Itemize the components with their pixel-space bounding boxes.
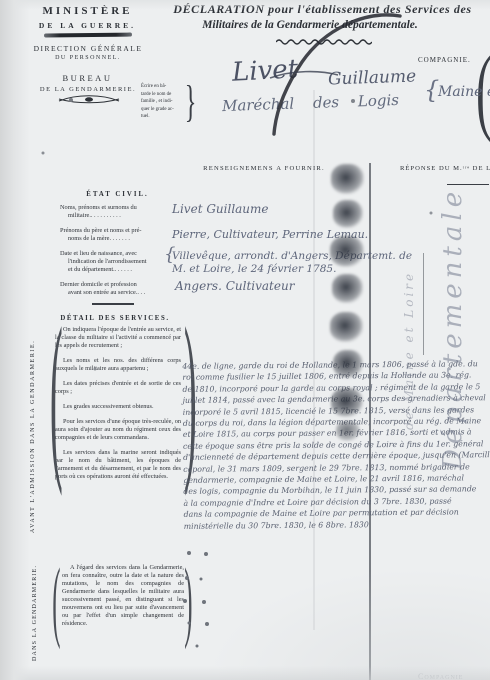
bleedthrough-stroke	[423, 253, 424, 355]
gendarmerie-block-close-paren: )	[184, 556, 192, 646]
service-instruction: Les grades successivement obtenus.	[55, 403, 181, 411]
scanned-declaration-document: MINISTÈRE DE LA GUERRE. DIRECTION GÉNÉRA…	[0, 0, 490, 680]
note-closing-brace: }	[185, 80, 197, 124]
ministry-subtitle: DE LA GUERRE.	[30, 21, 145, 30]
ink-blot	[336, 421, 360, 441]
section-separator-rule	[92, 303, 134, 305]
gendarmerie-services-paragraph: A l'égard des services dans la Gendarmer…	[62, 564, 184, 628]
question-line: avant son entrée au service.. . .	[60, 289, 182, 297]
lens-ornament	[58, 95, 120, 104]
question-parents: Prénoms du père et noms et pré- noms de …	[60, 227, 182, 243]
service-instruction: Les noms et les nos. des différens corps…	[55, 357, 181, 373]
ink-blot	[330, 236, 364, 267]
masthead-rule	[44, 33, 132, 37]
ink-blot	[333, 200, 363, 228]
service-instruction: Les services dans la marine seront indiq…	[55, 449, 181, 481]
question-line: Dernier domicile et profession	[60, 281, 182, 289]
ink-blot	[331, 388, 363, 417]
bleedthrough-script-small: de Maine et Loire	[402, 180, 416, 430]
direction-generale-label: DIRECTION GÉNÉRALE	[24, 44, 152, 53]
ink-blot	[333, 350, 363, 378]
question-line: et du département.. . . . . .	[60, 266, 182, 274]
ink-blot	[332, 274, 363, 303]
note-line: Écrire en bâ-	[141, 83, 183, 91]
du-personnel-label: DU PERSONNEL.	[24, 55, 152, 61]
detail-services-heading: DÉTAIL DES SERVICES.	[55, 315, 175, 322]
service-instruction: Pour les services d'une époque très-recu…	[55, 418, 181, 442]
detail-block-open-paren: (	[50, 300, 63, 487]
note-line: quer le grade ac-	[141, 106, 183, 114]
question-line: militaire.. . . . . . . . . .	[60, 212, 182, 220]
question-domicile: Dernier domicile et profession avant son…	[60, 281, 182, 297]
compagnie-value-handwritten: Maine et	[438, 84, 490, 100]
pen-flourish	[262, 8, 412, 138]
question-noms: Noms, prénoms et surnoms du militaire.. …	[60, 204, 182, 220]
ink-blot	[330, 312, 363, 342]
gendarmerie-block-open-paren: (	[52, 556, 60, 646]
answer-noms: Livet Guillaume	[172, 202, 269, 216]
compagnie-label: COMPAGNIE.	[418, 56, 471, 64]
question-line: Prénoms du père et noms et pré-	[60, 227, 182, 235]
bureau-gendarmerie-label: DE LA GENDARMERIE.	[24, 86, 152, 93]
question-line: noms de la mère. . . . . . .	[60, 235, 182, 243]
note-line: tarde le nom de	[141, 91, 183, 99]
service-instruction: Les dates précises d'entrée et de sortie…	[55, 380, 181, 396]
margin-instruction-note: Écrire en bâ- tarde le nom de famille , …	[141, 83, 183, 121]
service-record-handwritten: 44e. de ligne, garde du roi de Hollande,…	[182, 359, 375, 532]
ministry-title: MINISTÈRE	[30, 5, 145, 17]
bottom-faint-compagnie: Compagnie	[418, 672, 463, 680]
detail-services-paragraphs: On indiquera l'époque de l'entrée au ser…	[55, 326, 181, 481]
dans-la-gendarmerie-side-label: DANS LA GENDARMERIE.	[32, 565, 38, 661]
ink-blot	[331, 164, 364, 194]
note-line: famille , et indi-	[141, 98, 183, 106]
bureau-label: BUREAU	[30, 73, 145, 83]
bleedthrough-script-large: Départementale	[438, 140, 468, 470]
compagnie-value-brace: {	[424, 76, 439, 104]
service-instruction: On indiquera l'époque de l'entrée au ser…	[55, 326, 181, 350]
avant-admission-side-label: AVANT L'ADMISSION DANS LA GENDARMERIE.	[30, 312, 36, 560]
left-column-header: RENSEIGNEMENS A FOURNIR.	[178, 165, 350, 172]
paper-fold-line	[313, 90, 315, 630]
note-line: tuel.	[141, 113, 183, 121]
record-line: ministérielle du 30 7bre. 1830, le 6 8br…	[184, 519, 376, 532]
question-line: Noms, prénoms et surnoms du	[60, 204, 182, 212]
answer-line: M. et Loire, le 24 février 1785.	[172, 263, 362, 276]
etat-civil-heading: ÉTAT CIVIL.	[60, 191, 175, 198]
scan-speckles	[0, 0, 2, 2]
